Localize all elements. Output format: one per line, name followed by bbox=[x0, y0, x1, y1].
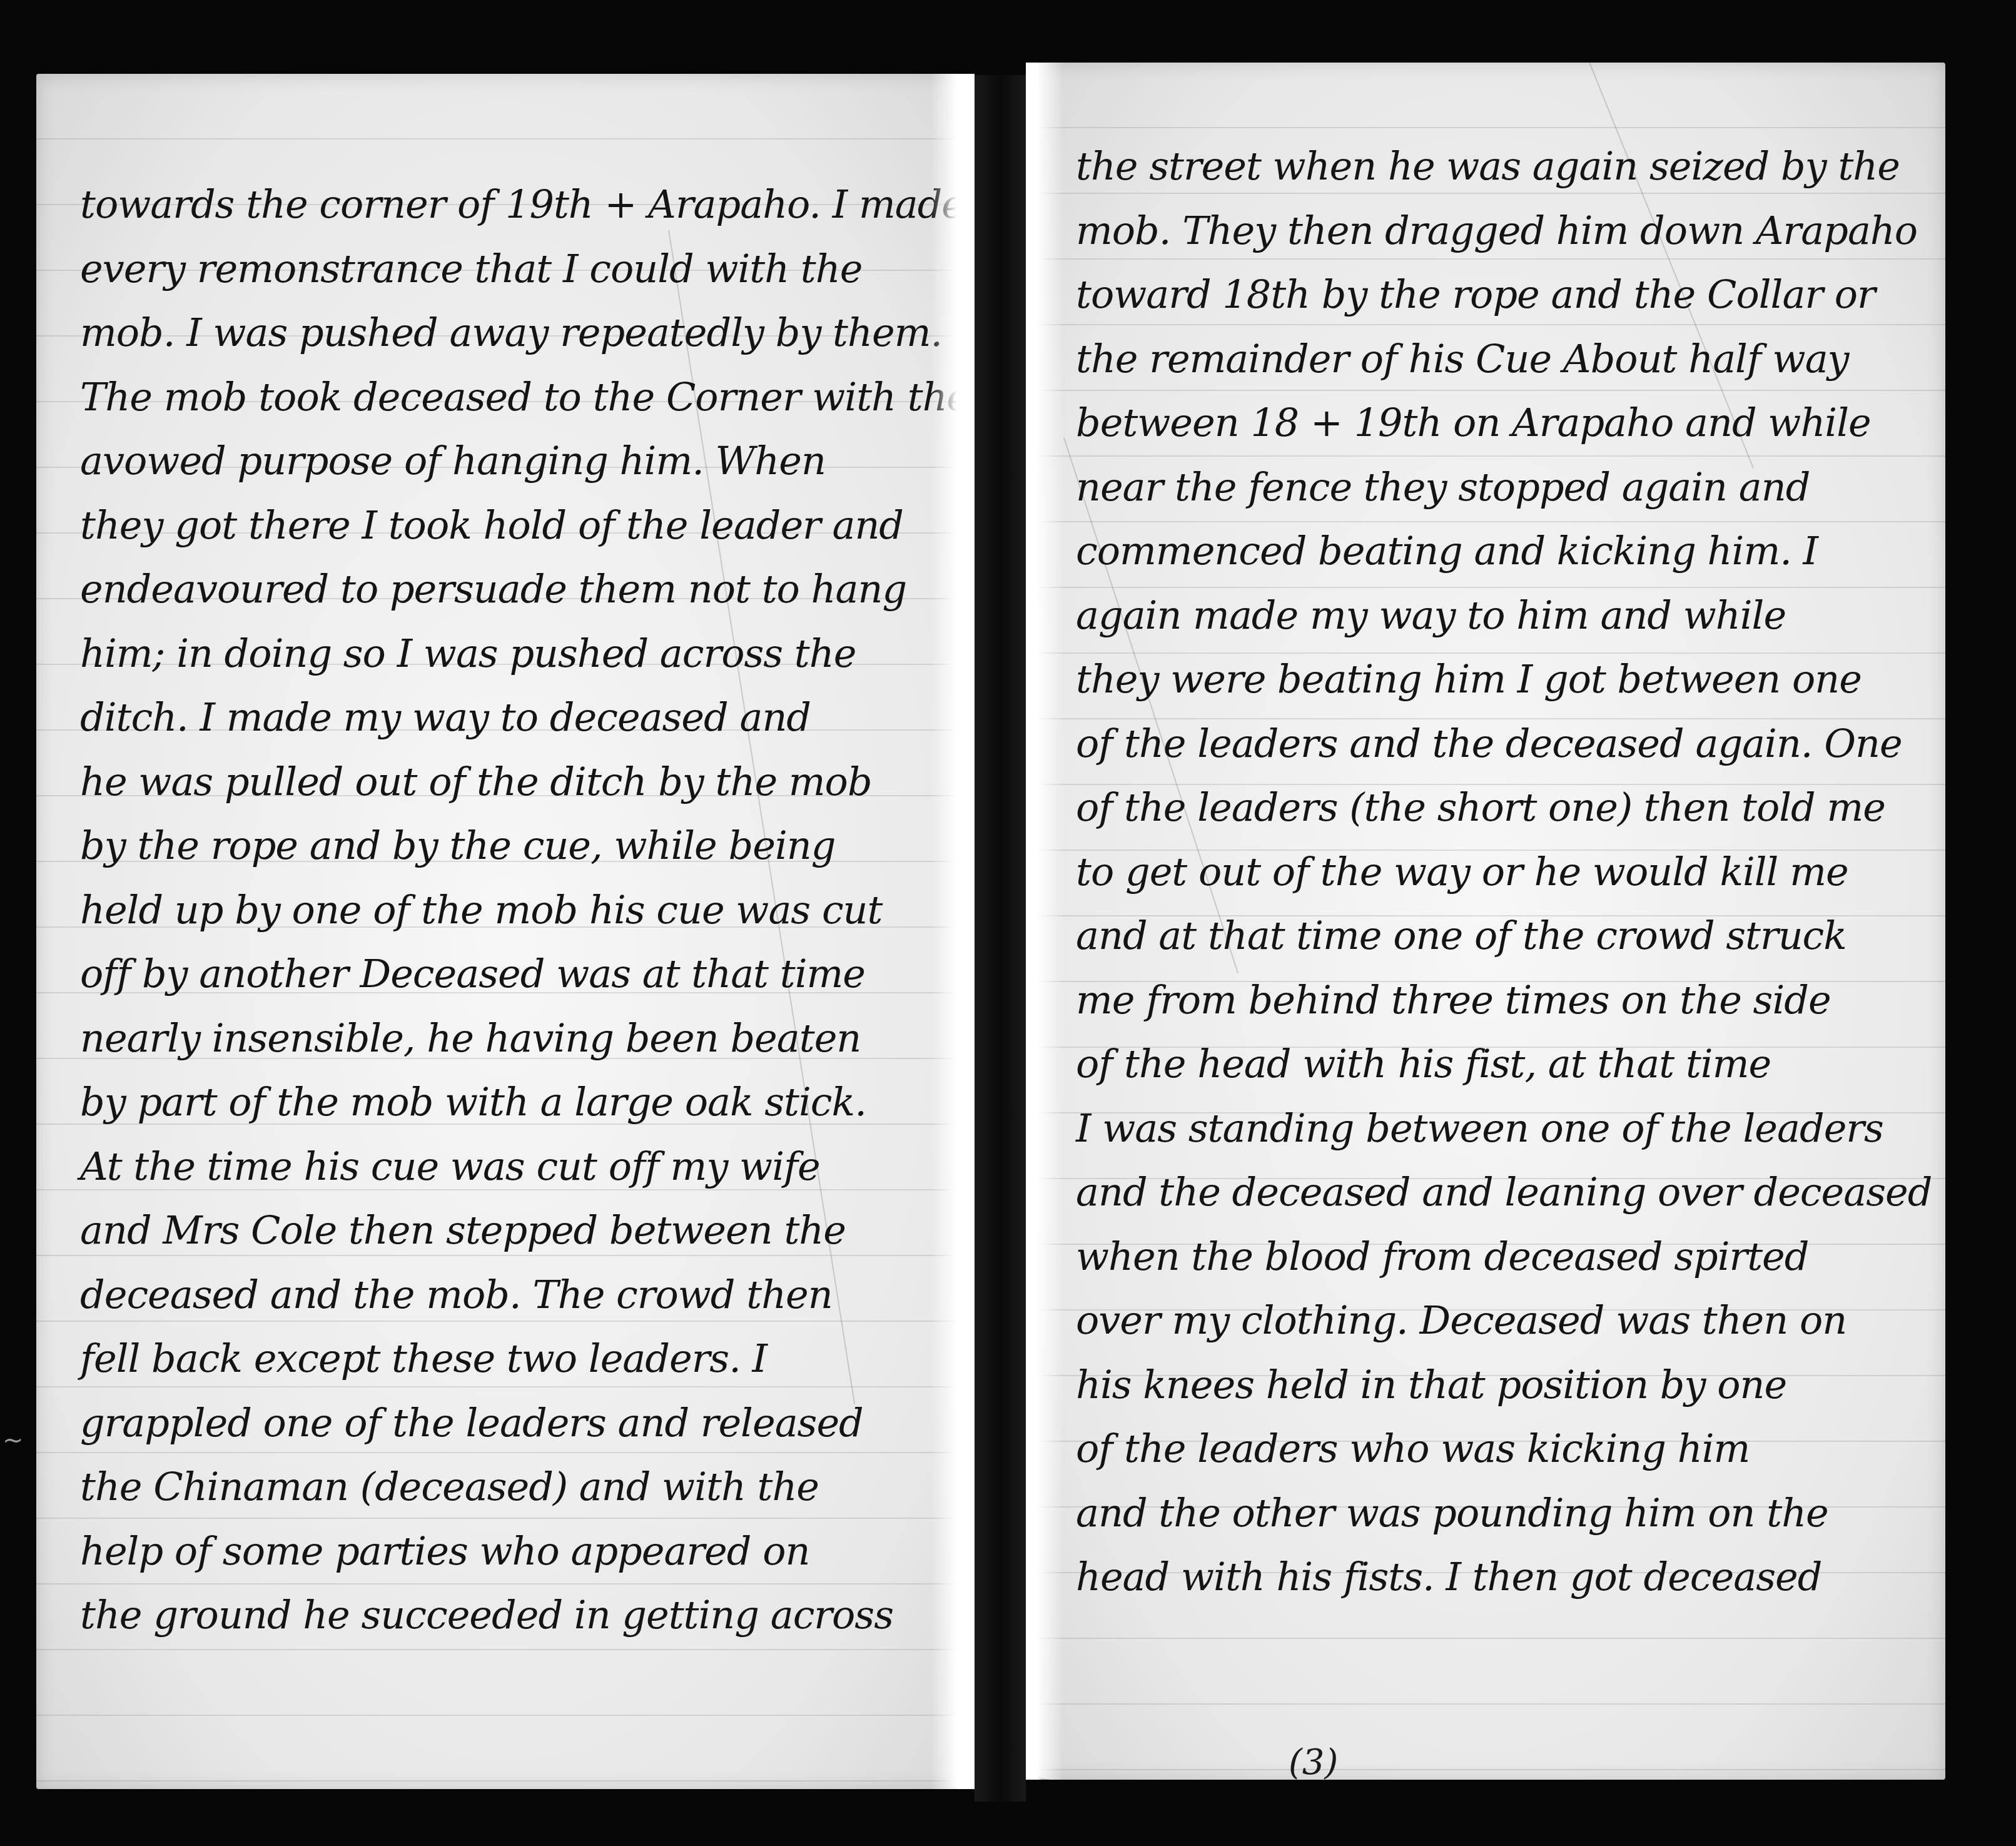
manuscript-line: every remonstrance that I could with the bbox=[80, 237, 956, 302]
manuscript-line: they were beating him I got between one bbox=[1076, 647, 1933, 712]
manuscript-line: of the leaders (the short one) then told… bbox=[1076, 776, 1933, 840]
manuscript-line: and at that time one of the crowd struck bbox=[1076, 904, 1933, 968]
manuscript-line: I was standing between one of the leader… bbox=[1076, 1097, 1933, 1161]
manuscript-line: when the blood from deceased spirted bbox=[1076, 1225, 1933, 1289]
manuscript-line: head with his fists. I then got deceased bbox=[1076, 1545, 1933, 1610]
book-gutter bbox=[975, 75, 1026, 1802]
manuscript-line: of the leaders who was kicking him bbox=[1076, 1417, 1933, 1481]
manuscript-line: nearly insensible, he having been beaten bbox=[80, 1007, 956, 1071]
manuscript-line: toward 18th by the rope and the Collar o… bbox=[1076, 263, 1933, 327]
manuscript-line: off by another Deceased was at that time bbox=[80, 942, 956, 1007]
manuscript-line: and Mrs Cole then stepped between the bbox=[80, 1199, 956, 1263]
manuscript-line: and the other was pounding him on the bbox=[1076, 1481, 1933, 1546]
right-page-text: the street when he was again seized by t… bbox=[1076, 134, 1933, 1610]
manuscript-line: by the rope and by the cue, while being bbox=[80, 814, 956, 878]
manuscript-line: mob. I was pushed away repeatedly by the… bbox=[80, 301, 956, 365]
manuscript-line: between 18 + 19th on Arapaho and while bbox=[1076, 391, 1933, 455]
manuscript-line: they got there I took hold of the leader… bbox=[80, 494, 956, 558]
manuscript-line: to get out of the way or he would kill m… bbox=[1076, 840, 1933, 905]
manuscript-line: he was pulled out of the ditch by the mo… bbox=[80, 750, 956, 814]
manuscript-line: and the deceased and leaning over deceas… bbox=[1076, 1160, 1933, 1225]
manuscript-line: by part of the mob with a large oak stic… bbox=[80, 1070, 956, 1135]
manuscript-line: again made my way to him and while bbox=[1076, 584, 1933, 648]
manuscript-line: commenced beating and kicking him. I bbox=[1076, 519, 1933, 584]
manuscript-line: over my clothing. Deceased was then on bbox=[1076, 1289, 1933, 1353]
manuscript-line: help of some parties who appeared on bbox=[80, 1519, 956, 1584]
left-page: towards the corner of 19th + Arapaho. I … bbox=[36, 74, 975, 1789]
manuscript-line: grappled one of the leaders and released bbox=[80, 1391, 956, 1456]
manuscript-line: ditch. I made my way to deceased and bbox=[80, 686, 956, 750]
manuscript-line: near the fence they stopped again and bbox=[1076, 455, 1933, 520]
right-page: the street when he was again seized by t… bbox=[1026, 63, 1945, 1780]
manuscript-line: towards the corner of 19th + Arapaho. I … bbox=[80, 173, 956, 237]
manuscript-line: his knees held in that position by one bbox=[1076, 1353, 1933, 1417]
margin-mark: ~ bbox=[3, 1426, 24, 1455]
manuscript-line: fell back except these two leaders. I bbox=[80, 1327, 956, 1391]
manuscript-line: him; in doing so I was pushed across the bbox=[80, 622, 956, 686]
left-page-text: towards the corner of 19th + Arapaho. I … bbox=[80, 173, 956, 1648]
manuscript-line: avowed purpose of hanging him. When bbox=[80, 429, 956, 494]
manuscript-line: of the leaders and the deceased again. O… bbox=[1076, 712, 1933, 776]
manuscript-line: endeavoured to persuade them not to hang bbox=[80, 557, 956, 622]
manuscript-line: mob. They then dragged him down Arapaho bbox=[1076, 199, 1933, 263]
manuscript-line: deceased and the mob. The crowd then bbox=[80, 1263, 956, 1327]
manuscript-line: the remainder of his Cue About half way bbox=[1076, 327, 1933, 392]
manuscript-line: the street when he was again seized by t… bbox=[1076, 134, 1933, 199]
page-number: (3) bbox=[1289, 1742, 1338, 1783]
manuscript-line: me from behind three times on the side bbox=[1076, 968, 1933, 1033]
manuscript-line: the ground he succeeded in getting acros… bbox=[80, 1583, 956, 1648]
manuscript-line: The mob took deceased to the Corner with… bbox=[80, 365, 956, 430]
manuscript-line: At the time his cue was cut off my wife bbox=[80, 1135, 956, 1199]
manuscript-line: the Chinaman (deceased) and with the bbox=[80, 1455, 956, 1519]
manuscript-line: of the head with his fist, at that time bbox=[1076, 1032, 1933, 1097]
manuscript-line: held up by one of the mob his cue was cu… bbox=[80, 878, 956, 943]
